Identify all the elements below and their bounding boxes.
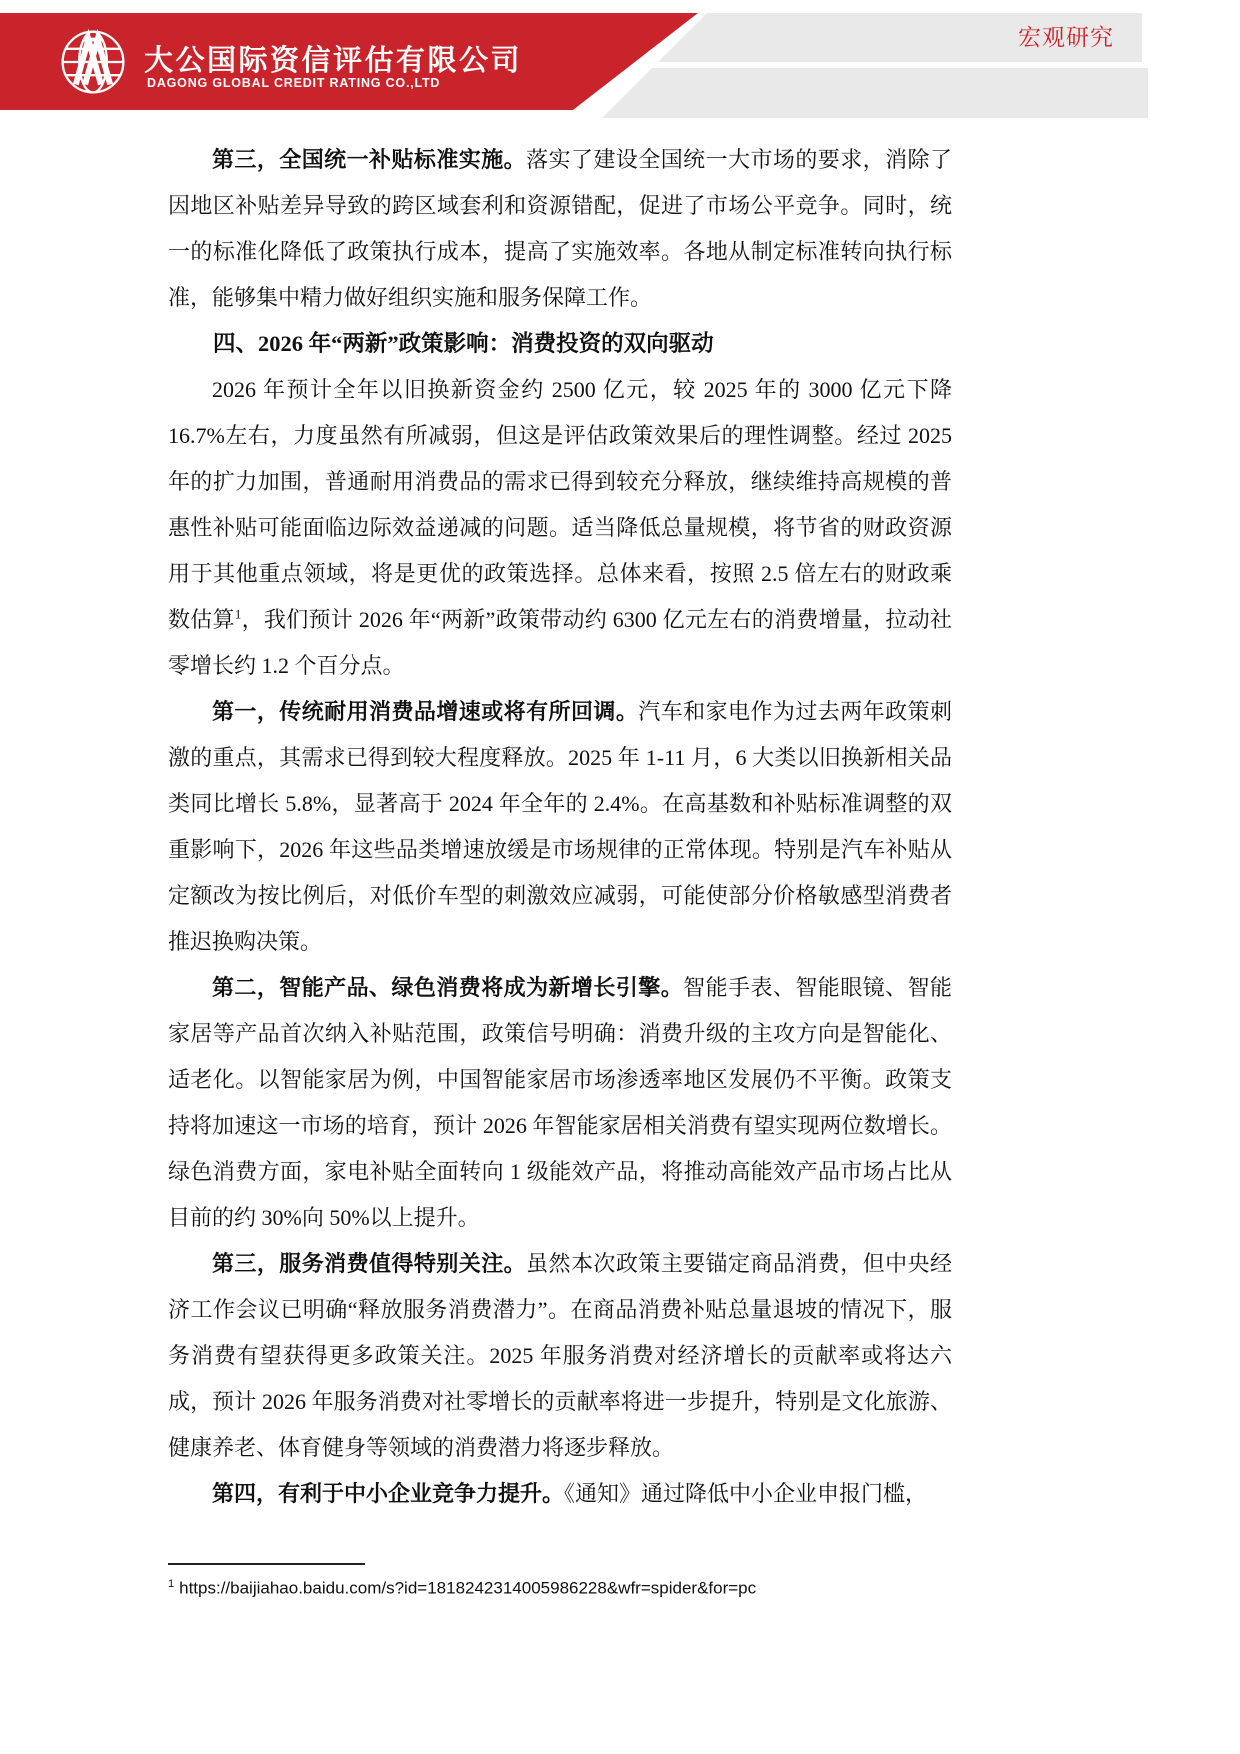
dagong-globe-logo-icon xyxy=(60,29,126,95)
paragraph-text: 《通知》通过降低中小企业申报门槛， xyxy=(564,1481,927,1506)
paragraph-text: ，我们预计 2026 年“两新”政策带动约 6300 亿元左右的消费增量，拉动社… xyxy=(168,607,952,678)
paragraph-lead-bold: 第三，全国统一补贴标准实施。 xyxy=(212,147,526,172)
header-band-bottom xyxy=(602,68,1148,118)
page-header: 大公国际资信评估有限公司 DAGONG GLOBAL CREDIT RATING… xyxy=(0,0,1240,130)
footnote: 1https://baijiahao.baidu.com/s?id=181824… xyxy=(168,1578,756,1599)
paragraph: 第三，服务消费值得特别关注。虽然本次政策主要锚定商品消费，但中央经济工作会议已明… xyxy=(168,1241,952,1471)
company-name-zh: 大公国际资信评估有限公司 xyxy=(144,38,522,79)
paragraph: 第四，有利于中小企业竞争力提升。《通知》通过降低中小企业申报门槛， xyxy=(168,1471,952,1517)
section-heading: 四、2026 年“两新”政策影响：消费投资的双向驱动 xyxy=(168,321,952,367)
paragraph: 第一，传统耐用消费品增速或将有所回调。汽车和家电作为过去两年政策刺激的重点，其需… xyxy=(168,689,952,965)
company-name-en: DAGONG GLOBAL CREDIT RATING CO.,LTD xyxy=(147,76,440,90)
header-band-top: 宏观研究 xyxy=(615,13,1142,62)
paragraph-text: 2026 年预计全年以旧换新资金约 2500 亿元，较 2025 年的 3000… xyxy=(168,377,952,632)
paragraph-lead-bold: 第三，服务消费值得特别关注。 xyxy=(212,1251,526,1276)
report-category-label: 宏观研究 xyxy=(1018,13,1114,62)
brand-banner: 大公国际资信评估有限公司 DAGONG GLOBAL CREDIT RATING… xyxy=(0,13,698,110)
paragraph-lead-bold: 第二，智能产品、绿色消费将成为新增长引擎。 xyxy=(212,975,683,1000)
paragraph-lead-bold: 四、2026 年“两新”政策影响：消费投资的双向驱动 xyxy=(213,331,714,356)
paragraph-text: 虽然本次政策主要锚定商品消费，但中央经济工作会议已明确“释放服务消费潜力”。在商… xyxy=(168,1251,952,1460)
paragraph-text: 智能手表、智能眼镜、智能家居等产品首次纳入补贴范围，政策信号明确：消费升级的主攻… xyxy=(168,975,952,1230)
paragraph: 2026 年预计全年以旧换新资金约 2500 亿元，较 2025 年的 3000… xyxy=(168,367,952,689)
document-body: 第三，全国统一补贴标准实施。落实了建设全国统一大市场的要求，消除了因地区补贴差异… xyxy=(168,137,952,1517)
paragraph-text: 汽车和家电作为过去两年政策刺激的重点，其需求已得到较大程度释放。2025 年 1… xyxy=(168,699,952,954)
footnote-marker: 1 xyxy=(168,1578,174,1590)
footnote-divider xyxy=(168,1563,365,1565)
paragraph: 第二，智能产品、绿色消费将成为新增长引擎。智能手表、智能眼镜、智能家居等产品首次… xyxy=(168,965,952,1241)
paragraph-lead-bold: 第一，传统耐用消费品增速或将有所回调。 xyxy=(212,699,638,724)
paragraph-lead-bold: 第四，有利于中小企业竞争力提升。 xyxy=(212,1481,564,1506)
footnote-url: https://baijiahao.baidu.com/s?id=1818242… xyxy=(179,1579,756,1598)
paragraph: 第三，全国统一补贴标准实施。落实了建设全国统一大市场的要求，消除了因地区补贴差异… xyxy=(168,137,952,321)
